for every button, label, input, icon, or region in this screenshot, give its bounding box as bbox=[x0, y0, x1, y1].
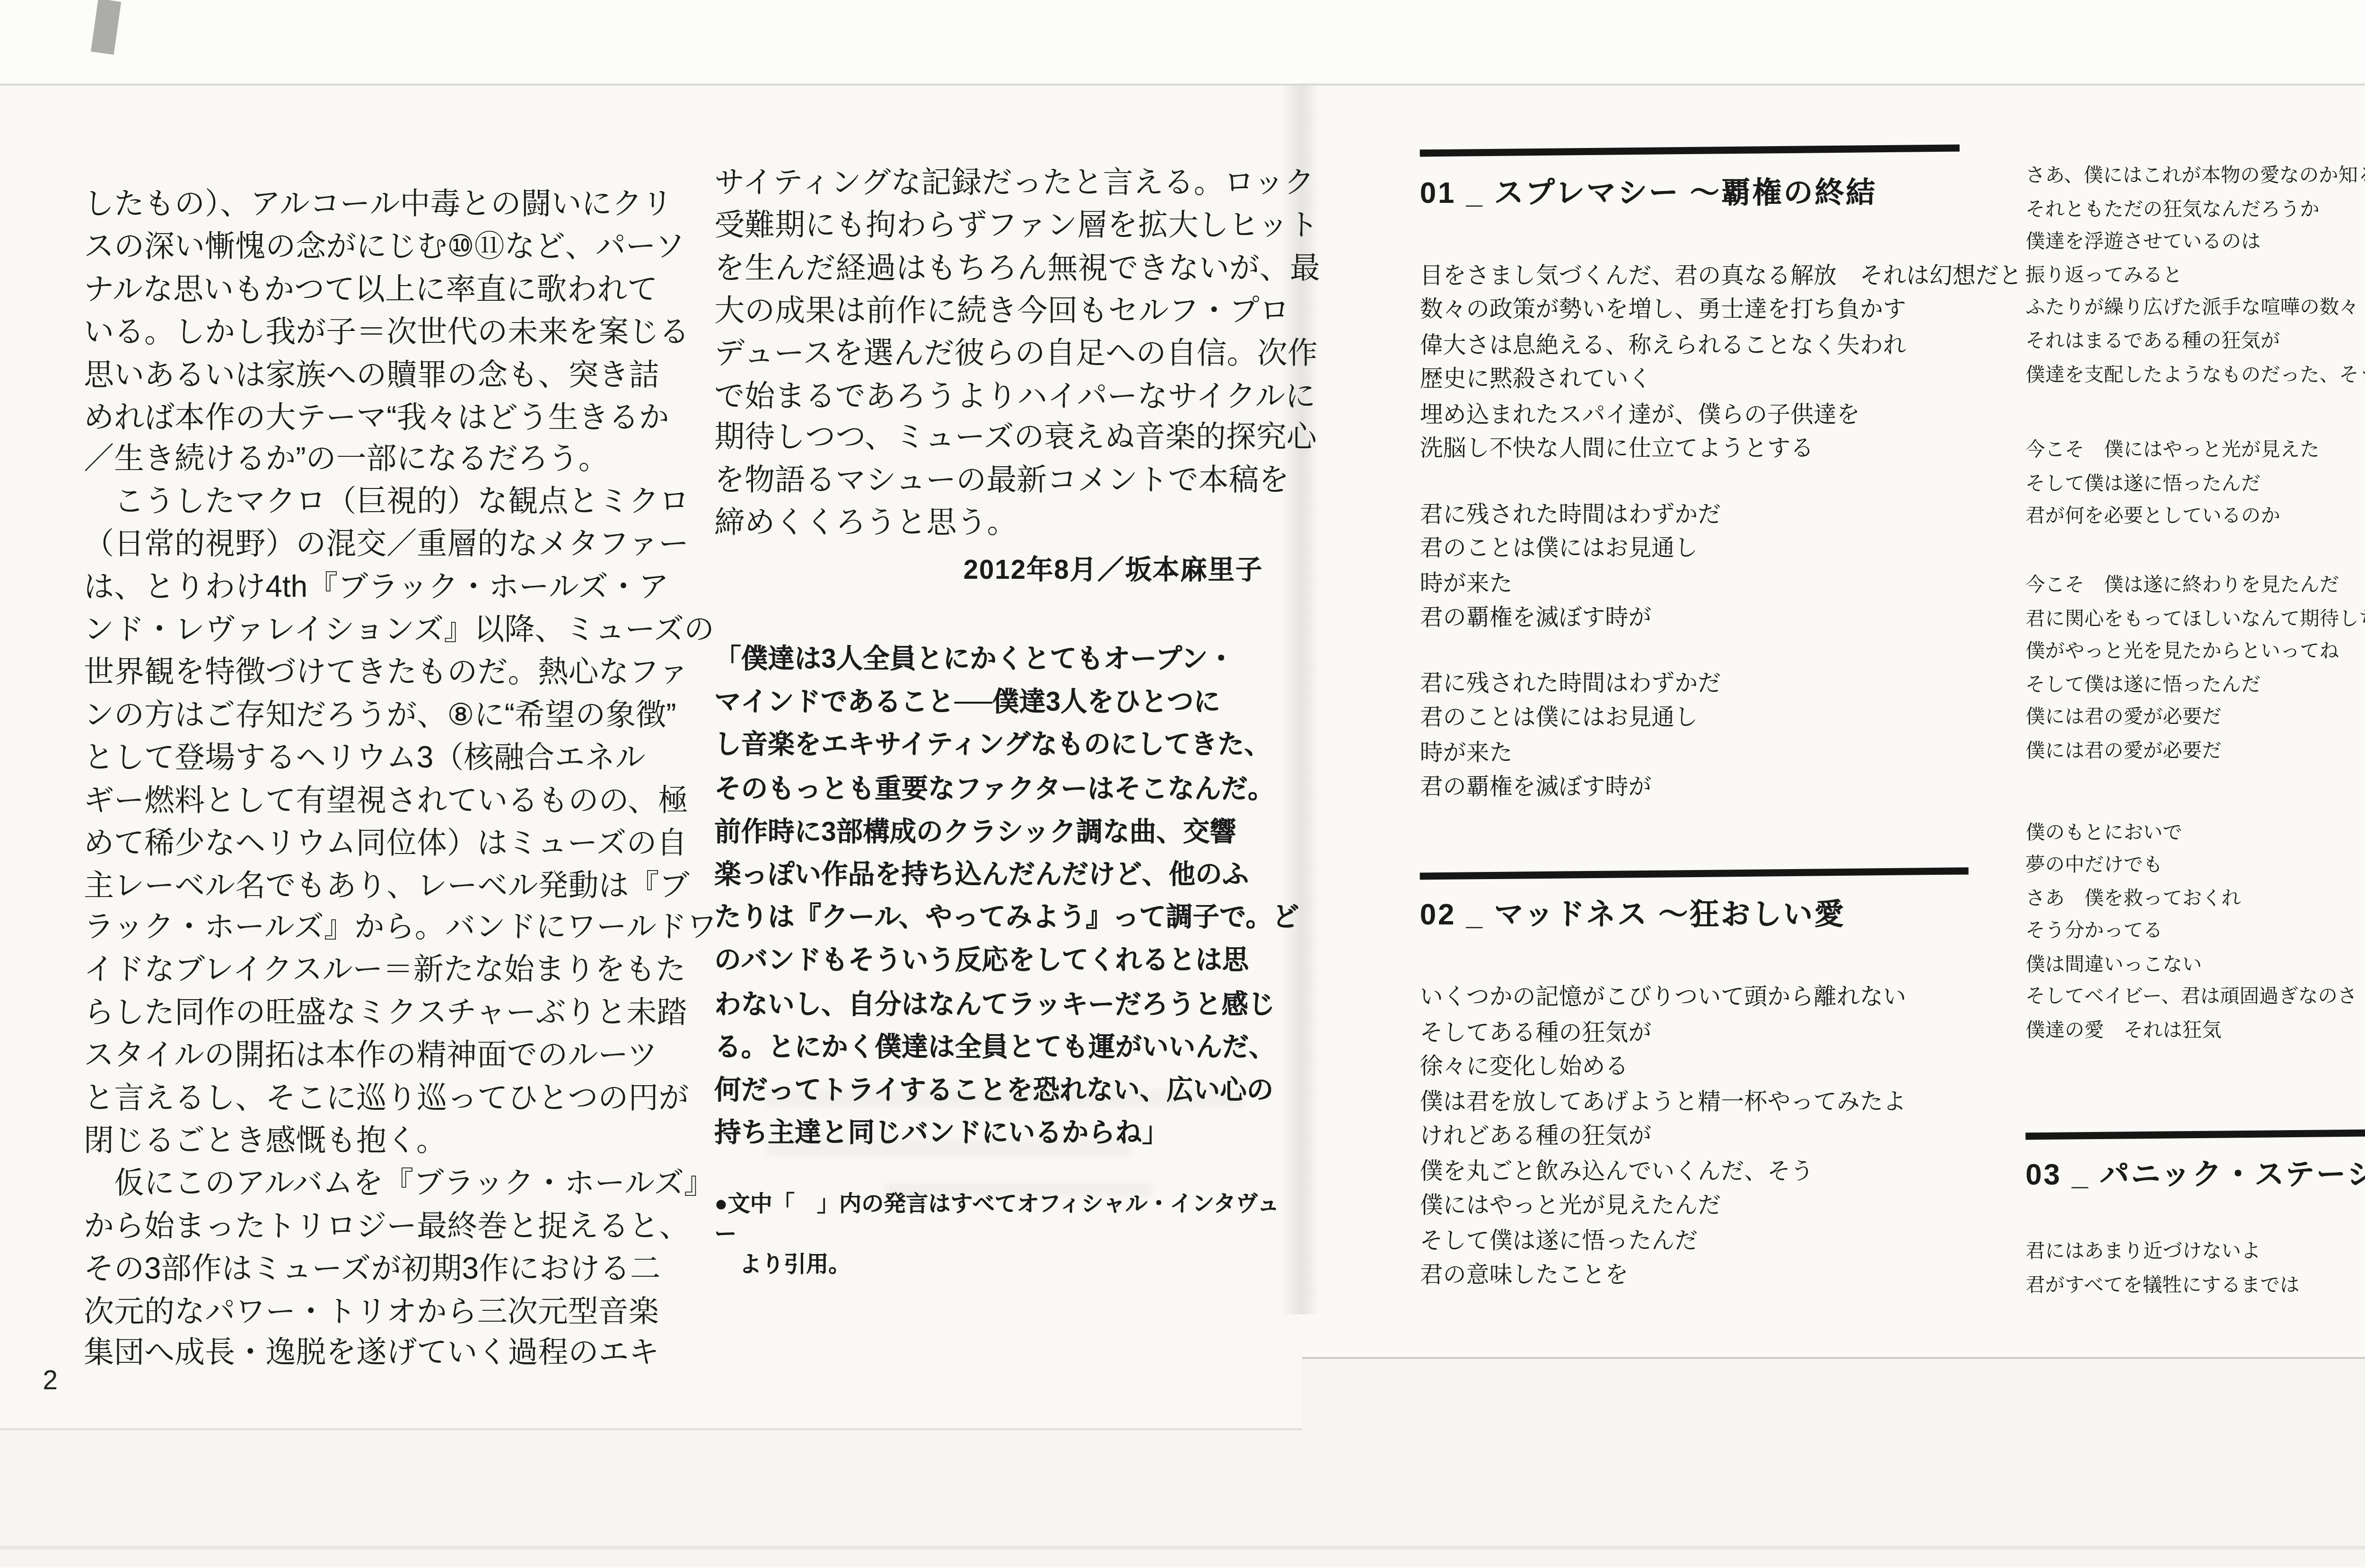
lyric-line: 君のことは僕にはお見通し bbox=[1420, 700, 2026, 734]
essay-line: こうしたマクロ（巨視的）な観点とミクロ bbox=[84, 481, 711, 524]
lyric-line: 時が来た bbox=[1420, 735, 2026, 769]
lyric-line: 君に残された時間はわずかだ bbox=[1420, 665, 2026, 700]
lyric-line: そして僕は遂に悟ったんだ bbox=[2025, 669, 2365, 702]
lyric-line: 今こそ 僕にはやっと光が見えた bbox=[2025, 435, 2365, 468]
lyric-line: 夢の中だけでも bbox=[2025, 850, 2365, 883]
track-02-stanza-4: 今こそ 僕は遂に終わりを見たんだ君に関心をもってほしいなんて期待しちゃいないよ、… bbox=[2025, 570, 2365, 768]
essay-line: として登場するヘリウム3（核融合エネル bbox=[84, 737, 711, 779]
scan-streak bbox=[0, 1546, 2365, 1550]
lyric-line: そして僕は遂に悟ったんだ bbox=[2025, 468, 2365, 501]
lyric-line: そして僕は遂に悟ったんだ bbox=[1420, 1223, 2026, 1257]
lyric-line: 偉大さは息絶える、称えられることなく失われ bbox=[1420, 327, 2026, 361]
essay-line: ラック・ホールズ』から。バンドにワールドワ bbox=[84, 907, 711, 950]
lyric-line: 僕には君の愛が必要だ bbox=[2025, 702, 2365, 735]
essay-line: らした同作の旺盛なミクスチャーぶりと未踏 bbox=[84, 993, 711, 1035]
essay-line: を生んだ経過はもちろん無視できないが、最 bbox=[714, 247, 1284, 290]
lyric-line: いくつかの記憶がこびりついて頭から離れない bbox=[1420, 979, 2026, 1014]
lyric-line: 僕は君を放してあげようと精一杯やってみたよ bbox=[1420, 1084, 2026, 1118]
lyric-line: 君に残された時間はわずかだ bbox=[1420, 496, 2026, 531]
track-03-header: 03 _ パニック・ステーション bbox=[2025, 1151, 2365, 1193]
essay-line: は、とりわけ4th『ブラック・ホールズ・ア bbox=[84, 566, 711, 609]
track-01-header: 01 _ スプレマシー 〜覇権の終結 bbox=[1420, 168, 2026, 211]
essay-line: 仮にこのアルバムを『ブラック・ホールズ』 bbox=[84, 1163, 711, 1205]
lyric-line: 時が来た bbox=[1420, 566, 2026, 600]
essay-line: （日常的視野）の混交／重層的なメタファー bbox=[84, 524, 711, 566]
track-02-stanza-1: いくつかの記憶がこびりついて頭から離れないそしてある種の狂気が徐々に変化し始める… bbox=[1420, 979, 2026, 1292]
essay-line: ギー燃料として有望視されているものの、極 bbox=[84, 779, 711, 822]
lyric-line: 洗脳し不快な人間に仕立てようとする bbox=[1420, 431, 2026, 465]
quote-line: 持ち主達と同じバンドにいるからね」 bbox=[714, 1114, 1284, 1157]
essay-line: ／生き続けるか”の一部になるだろう。 bbox=[84, 439, 711, 481]
scanned-booklet-image: したもの）、アルコール中毒との闘いにクリスの深い慚愧の念がにじむ⑩⑪など、パーソ… bbox=[0, 0, 2365, 1568]
essay-column-2: サイティングな記録だったと言える。ロック受難期にも拘わらずファン層を拡大しヒット… bbox=[714, 162, 1284, 1280]
essay-line: めれば本作の大テーマ“我々はどう生きるか bbox=[84, 396, 711, 439]
track-01-stanza-3: 君に残された時間はわずかだ君のことは僕にはお見通し時が来た君の覇権を滅ぼす時が bbox=[1420, 665, 2026, 804]
lyric-line: 君が何を必要としているのか bbox=[2025, 501, 2365, 534]
essay-line: ンド・レヴァレイションズ』以降、ミューズの bbox=[84, 609, 711, 652]
footnote: ●文中「 」内の発言はすべてオフィシャル・インタヴュー より引用。 bbox=[714, 1189, 1284, 1280]
lyric-line: さあ、僕にはこれが本物の愛なのか知る必要がある bbox=[2025, 160, 2365, 193]
quote-line: のバンドもそういう反応をしてくれるとは思 bbox=[714, 941, 1284, 984]
lyric-line: さあ 僕を救っておくれ bbox=[2025, 883, 2365, 916]
lyric-line: 目をさまし気づくんだ、君の真なる解放 それは幻想だと bbox=[1420, 257, 2026, 292]
essay-line: サイティングな記録だったと言える。ロック bbox=[714, 162, 1284, 205]
quote-line: 楽っぽい作品を持ち込んだんだけど、他のふ bbox=[714, 855, 1284, 898]
essay-line: ンの方はご存知だろうが、⑧に“希望の象徴” bbox=[84, 694, 711, 737]
essay-line: デュースを選んだ彼らの自足への自信。次作 bbox=[714, 332, 1284, 375]
lyric-line: そしてベイビー、君は頑固過ぎなのさ bbox=[2025, 982, 2365, 1015]
essay-line: したもの）、アルコール中毒との闘いにクリ bbox=[84, 183, 711, 226]
lyric-line: 数々の政策が勢いを増し、勇士達を打ち負かす bbox=[1420, 292, 2026, 327]
essay-line: その3部作はミューズが初期3作における二 bbox=[84, 1248, 711, 1290]
essay-lines: サイティングな記録だったと言える。ロック受難期にも拘わらずファン層を拡大しヒット… bbox=[714, 162, 1284, 545]
lyric-line: 君の意味したことを bbox=[1420, 1257, 2026, 1292]
lyric-line: 僕達を支配したようなものだった、そうさ bbox=[2025, 359, 2365, 392]
lyric-line: 僕達を浮遊させているのは bbox=[2025, 226, 2365, 260]
byline: 2012年8月／坂本麻里子 bbox=[714, 550, 1284, 593]
lyric-line: 僕のもとにおいで bbox=[2025, 817, 2365, 850]
right-page-bottom-edge bbox=[1302, 1357, 2365, 1359]
lyric-line: 僕がやっと光を見たからといってね bbox=[2025, 636, 2365, 669]
track-02-stanza-3: 今こそ 僕にはやっと光が見えたそして僕は遂に悟ったんだ君が何を必要としているのか bbox=[2025, 435, 2365, 534]
page-number-left: 2 bbox=[43, 1366, 57, 1396]
lyric-line: 君に関心をもってほしいなんて期待しちゃいないよ、いいや bbox=[2025, 603, 2365, 636]
lyric-line: そう分かってる bbox=[2025, 916, 2365, 949]
quote-line: そのもっとも重要なファクターはそこなんだ。 bbox=[714, 769, 1284, 812]
lyric-line: ふたりが繰り広げた派手な喧嘩の数々 bbox=[2025, 293, 2365, 326]
track-02-header: 02 _ マッドネス 〜狂おしい愛 bbox=[1420, 890, 2026, 933]
essay-line: いる。しかし我が子＝次世代の未来を案じる bbox=[84, 311, 711, 354]
essay-line: 次元的なパワー・トリオから三次元型音楽 bbox=[84, 1290, 711, 1333]
essay-line: 期待しつつ、ミューズの衰えぬ音楽的探究心 bbox=[714, 418, 1284, 460]
track-02-stanza-5: 僕のもとにおいで夢の中だけでもさあ 僕を救っておくれそう分かってる僕は間違いっこ… bbox=[2025, 817, 2365, 1048]
quote-line: マインドであること──僕達3人をひとつに bbox=[714, 682, 1284, 725]
lyric-line: 今こそ 僕は遂に終わりを見たんだ bbox=[2025, 570, 2365, 603]
essay-line: を物語るマシューの最新コメントで本稿を bbox=[714, 460, 1284, 503]
essay-line: 閉じるごとき感慨も抱く。 bbox=[84, 1120, 711, 1163]
booklet-spread: したもの）、アルコール中毒との闘いにクリスの深い慚愧の念がにじむ⑩⑪など、パーソ… bbox=[0, 0, 2365, 1567]
page-top-edge bbox=[0, 84, 2365, 86]
lyrics-column-2: さあ、僕にはこれが本物の愛なのか知る必要があるそれともただの狂気なんだろうか僕達… bbox=[2025, 160, 2365, 1302]
track-03-rule bbox=[2025, 1128, 2365, 1138]
lyric-line: 君にはあまり近づけないよ bbox=[2025, 1236, 2365, 1269]
lyric-line: 僕には君の愛が必要だ bbox=[2025, 735, 2365, 768]
lyric-line: 君がすべてを犠牲にするまでは bbox=[2025, 1269, 2365, 1302]
essay-line: 締めくくろうと思う。 bbox=[714, 503, 1284, 545]
footnote-line-1: ●文中「 」内の発言はすべてオフィシャル・インタヴュー bbox=[714, 1189, 1284, 1249]
lyric-line: けれどある種の狂気が bbox=[1420, 1118, 2026, 1153]
essay-line: で始まるであろうよりハイパーなサイクルに bbox=[714, 375, 1284, 418]
track-02-rule bbox=[1420, 866, 1969, 878]
essay-line: 受難期にも拘わらずファン層を拡大しヒット bbox=[714, 205, 1284, 247]
essay-line: 世界観を特徴づけてきたものだ。熱心なファ bbox=[84, 652, 711, 694]
track-01-stanza-1: 目をさまし気づくんだ、君の真なる解放 それは幻想だと数々の政策が勢いを増し、勇士… bbox=[1420, 257, 2026, 466]
lyric-line: 徐々に変化し始める bbox=[1420, 1049, 2026, 1083]
left-page-bottom-edge bbox=[0, 1429, 1302, 1430]
essay-line: イドなブレイクスルー＝新たな始まりをもた bbox=[84, 950, 711, 993]
essay-line: スタイルの開拓は本作の精神面でのルーツ bbox=[84, 1035, 711, 1078]
essay-line: と言えるし、そこに巡り巡ってひとつの円が bbox=[84, 1078, 711, 1120]
lyric-line: 僕は間違いっこない bbox=[2025, 949, 2365, 982]
quote-line: わないし、自分はなんてラッキーだろうと感じ bbox=[714, 984, 1284, 1028]
essay-line: 集団へ成長・逸脱を遂げていく過程のエキ bbox=[84, 1333, 711, 1376]
essay-line: 主レーベル名でもあり、レーベル発動は『ブ bbox=[84, 865, 711, 907]
interview-quote: 「僕達は3人全員とにかくとてもオープン・マインドであること──僕達3人をひとつに… bbox=[714, 639, 1284, 1157]
essay-line: めて稀少なヘリウム同位体）はミューズの自 bbox=[84, 822, 711, 865]
essay-line: ナルな思いもかつて以上に率直に歌われて bbox=[84, 269, 711, 311]
lyric-line: そしてある種の狂気が bbox=[1420, 1014, 2026, 1049]
essay-line: 大の成果は前作に続き今回もセルフ・プロ bbox=[714, 290, 1284, 332]
quote-line: 何だってトライすることを恐れない、広い心の bbox=[714, 1071, 1284, 1114]
essay-lines: したもの）、アルコール中毒との闘いにクリスの深い慚愧の念がにじむ⑩⑪など、パーソ… bbox=[84, 183, 711, 1376]
lyric-line: それともただの狂気なんだろうか bbox=[2025, 193, 2365, 226]
quote-line: 「僕達は3人全員とにかくとてもオープン・ bbox=[714, 639, 1284, 682]
essay-column-1: したもの）、アルコール中毒との闘いにクリスの深い慚愧の念がにじむ⑩⑪など、パーソ… bbox=[84, 183, 711, 1376]
lyrics-column-1: 01 _ スプレマシー 〜覇権の終結 目をさまし気づくんだ、君の真なる解放 それ… bbox=[1420, 149, 2026, 1292]
scan-corner-mark bbox=[91, 0, 121, 55]
track-01-stanza-2: 君に残された時間はわずかだ君のことは僕にはお見通し時が来た君の覇権を滅ぼす時が bbox=[1420, 496, 2026, 635]
quote-line: る。とにかく僕達は全員とても運がいいんだ、 bbox=[714, 1028, 1284, 1071]
lyric-line: 僕を丸ごと飲み込んでいくんだ、そう bbox=[1420, 1153, 2026, 1188]
essay-line: スの深い慚愧の念がにじむ⑩⑪など、パーソ bbox=[84, 226, 711, 269]
lyric-line: 君の覇権を滅ぼす時が bbox=[1420, 600, 2026, 635]
quote-line: し音楽をエキサイティングなものにしてきた、 bbox=[714, 726, 1284, 769]
footnote-line-2: より引用。 bbox=[714, 1249, 1284, 1280]
lyric-line: 僕にはやっと光が見えたんだ bbox=[1420, 1188, 2026, 1222]
lyric-line: それはまるである種の狂気が bbox=[2025, 326, 2365, 359]
lyric-line: 埋め込まれたスパイ達が、僕らの子供達を bbox=[1420, 396, 2026, 431]
essay-line: から始まったトリロジー最終巻と捉えると、 bbox=[84, 1205, 711, 1248]
track-02-stanza-2: さあ、僕にはこれが本物の愛なのか知る必要があるそれともただの狂気なんだろうか僕達… bbox=[2025, 160, 2365, 392]
track-03-stanza-1: 君にはあまり近づけないよ君がすべてを犠牲にするまでは bbox=[2025, 1236, 2365, 1302]
lyric-line: 振り返ってみると bbox=[2025, 260, 2365, 293]
lyric-line: 歴史に黙殺されていく bbox=[1420, 362, 2026, 396]
lyric-line: 君のことは僕にはお見通し bbox=[1420, 531, 2026, 565]
quote-line: 前作時に3部構成のクラシック調な曲、交響 bbox=[714, 812, 1284, 855]
quote-line: たりは『クール、やってみよう』って調子で。ど bbox=[714, 898, 1284, 941]
lyric-line: 君の覇権を滅ぼす時が bbox=[1420, 769, 2026, 804]
essay-line: 思いあるいは家族への贖罪の念も、突き詰 bbox=[84, 354, 711, 396]
lyric-line: 僕達の愛 それは狂気 bbox=[2025, 1015, 2365, 1048]
